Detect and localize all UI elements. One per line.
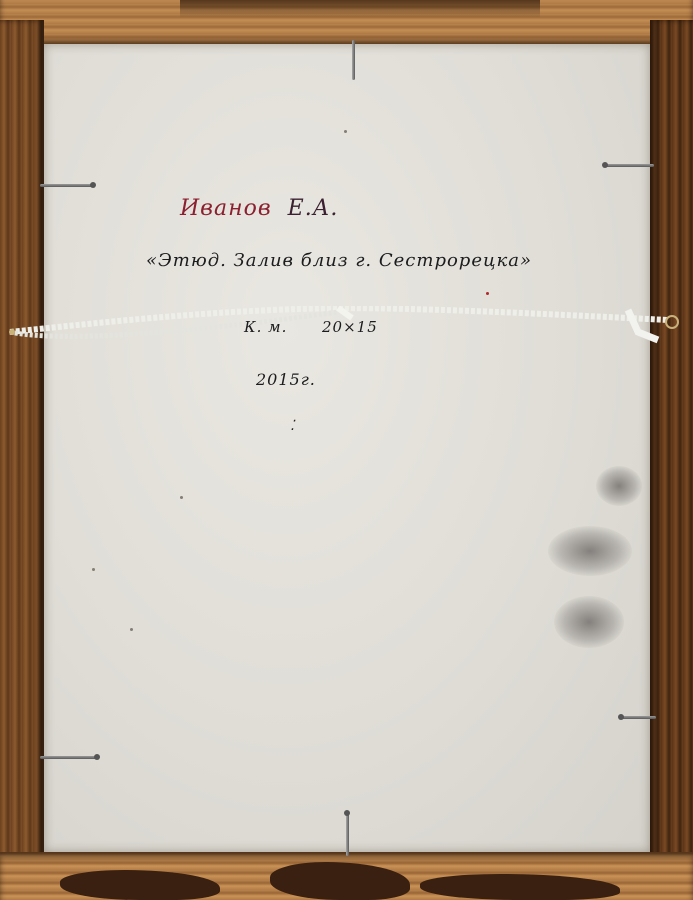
- frame-top-rail: [0, 0, 693, 44]
- nail-icon: [346, 812, 349, 856]
- nail-icon: [604, 164, 654, 167]
- nail-icon: [352, 40, 355, 80]
- picture-frame: Иванов Е.А. «Этюд. Залив близ г. Сестрор…: [0, 0, 693, 900]
- author-name: Иванов Е.А.: [180, 196, 338, 221]
- artwork-size: 20×15: [322, 318, 378, 336]
- cardboard-backing: [44, 44, 650, 852]
- smudge-mark: [548, 526, 632, 576]
- nail-head-icon: [602, 162, 608, 168]
- frame-left-rail: [0, 20, 44, 880]
- nail-head-icon: [344, 810, 350, 816]
- artwork-medium: К. м.: [244, 318, 287, 336]
- smudge-mark: [554, 596, 624, 648]
- nail-icon: [40, 184, 94, 187]
- artwork-year: 2015г.: [256, 370, 316, 389]
- ink-marks: ⁚: [290, 418, 295, 434]
- nail-icon: [40, 756, 98, 759]
- frame-bottom-rail: [0, 852, 693, 900]
- nail-icon: [620, 716, 656, 719]
- artwork-title: «Этюд. Залив близ г. Сестрорецка»: [146, 250, 532, 271]
- nail-head-icon: [94, 754, 100, 760]
- frame-right-rail: [650, 20, 693, 880]
- nail-head-icon: [618, 714, 624, 720]
- smudge-mark: [596, 466, 642, 506]
- nail-head-icon: [90, 182, 96, 188]
